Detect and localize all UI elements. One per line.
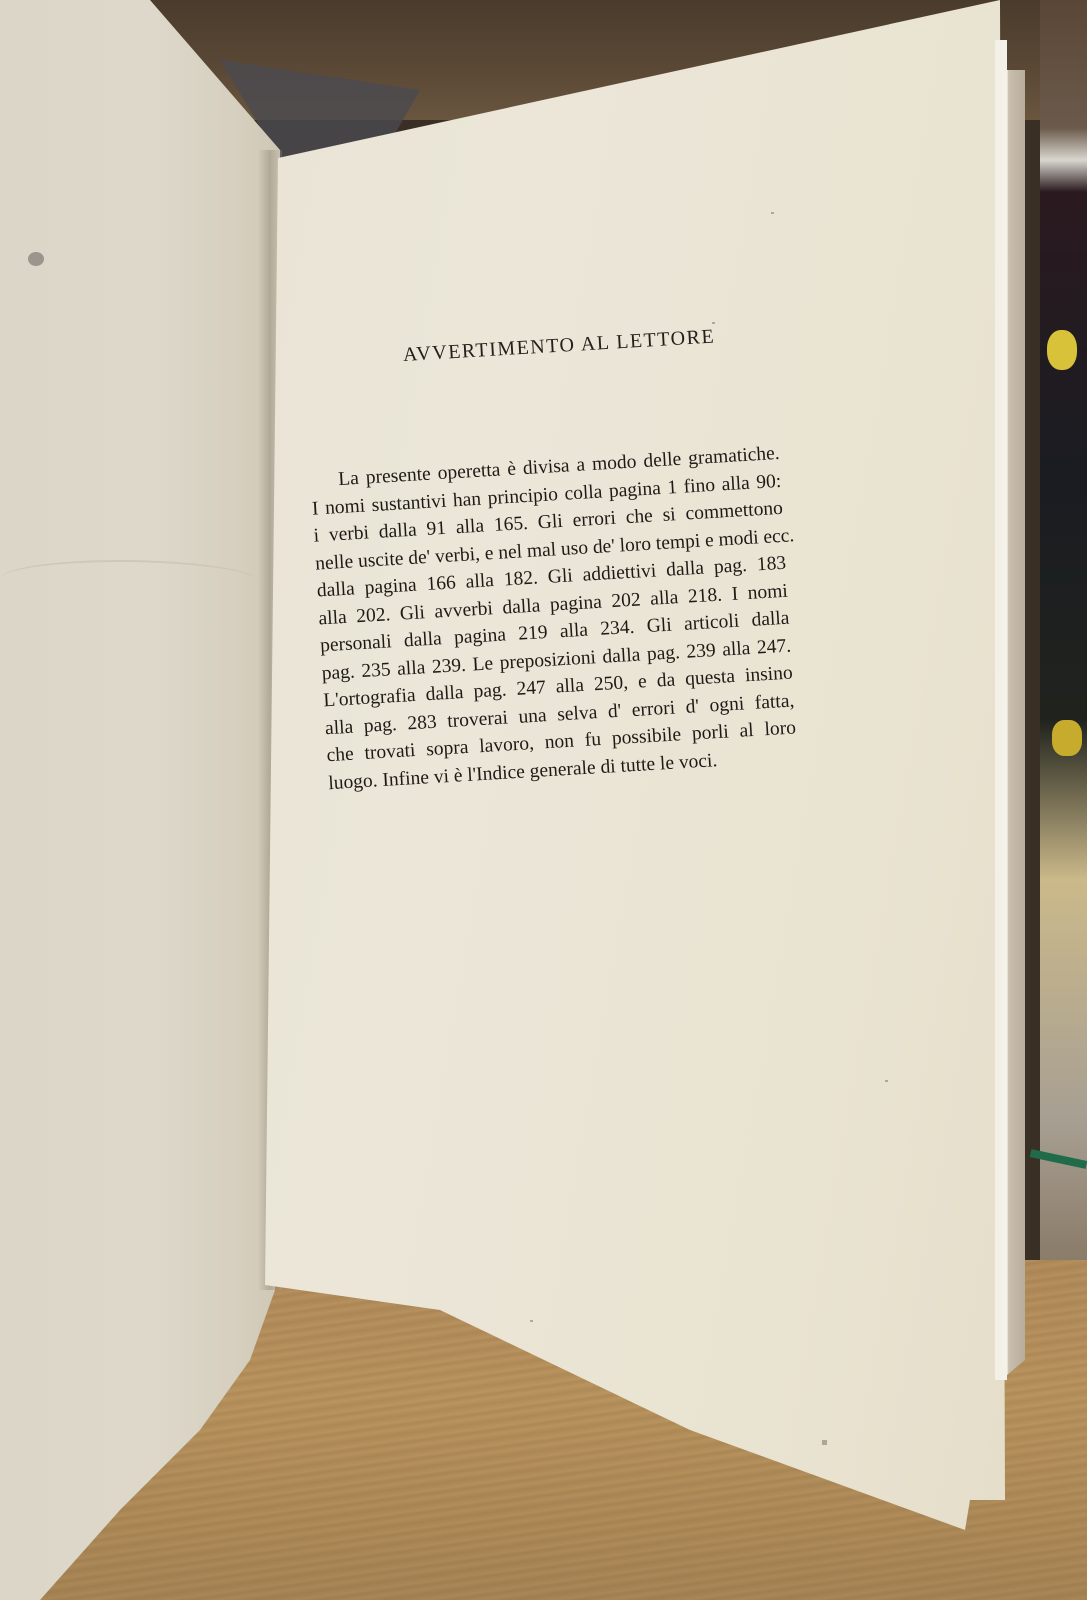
- background-decoration: [1047, 330, 1077, 370]
- left-page: [0, 0, 280, 1600]
- paper-speck: [712, 322, 715, 324]
- page-crease: [0, 560, 260, 602]
- paper-speck: [885, 1080, 888, 1082]
- show-through-text: [315, 790, 769, 1093]
- page-paragraph: La presente operetta è divisa a modo del…: [310, 440, 799, 797]
- paper-speck: [822, 1440, 827, 1445]
- background-decoration: [1052, 720, 1082, 756]
- page-stain: [28, 252, 44, 266]
- photo-scene: AVVERTIMENTO AL LETTORE La presente oper…: [0, 0, 1087, 1600]
- paper-speck: [530, 1320, 533, 1322]
- page-edges: [995, 40, 1025, 1380]
- paper-speck: [771, 212, 774, 214]
